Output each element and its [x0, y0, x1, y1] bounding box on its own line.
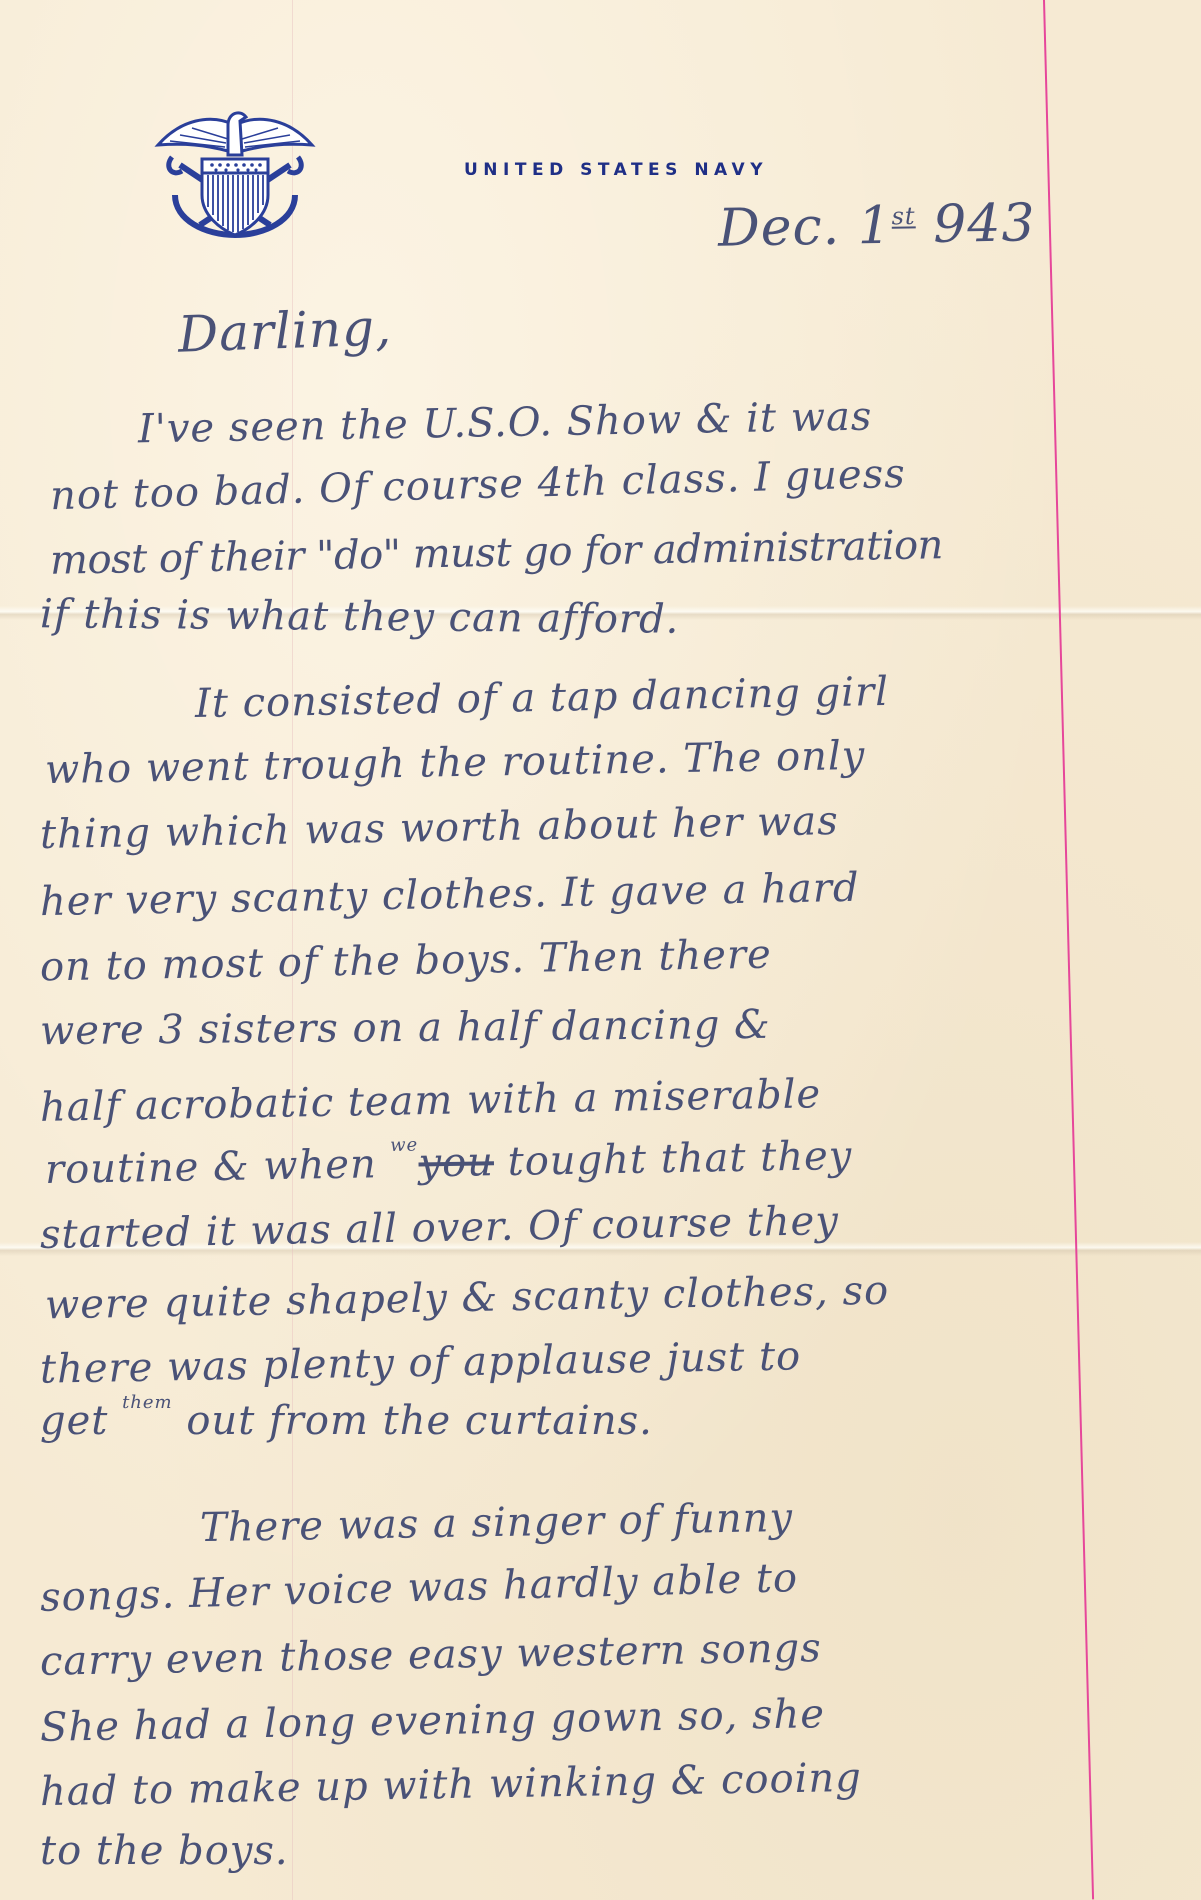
- line-text: out from the curtains.: [186, 1398, 653, 1444]
- inserted-word: them: [122, 1392, 173, 1413]
- date-year: 943: [933, 193, 1036, 255]
- letter-line: were 3 sisters on a half dancing &: [40, 1002, 771, 1054]
- letter-date: Dec. 1st 943: [718, 193, 1037, 259]
- line-text: tought that they: [507, 1133, 852, 1185]
- salutation: Darling,: [177, 298, 393, 363]
- navy-crest-icon: [150, 95, 320, 240]
- line-text: get: [40, 1398, 108, 1444]
- inserted-word: we: [390, 1135, 418, 1156]
- letter-line: if this is what they can afford.: [40, 591, 680, 643]
- struck-word: you: [418, 1139, 494, 1186]
- line-text: routine & when: [45, 1141, 377, 1193]
- date-day: 1: [857, 196, 892, 257]
- letterhead-title: UNITED STATES NAVY: [464, 160, 768, 180]
- letter-line: to the boys.: [40, 1828, 289, 1874]
- date-month: Dec.: [718, 197, 841, 259]
- date-day-suffix: st: [891, 202, 915, 230]
- letter-line: get them out from the curtains.: [40, 1398, 653, 1444]
